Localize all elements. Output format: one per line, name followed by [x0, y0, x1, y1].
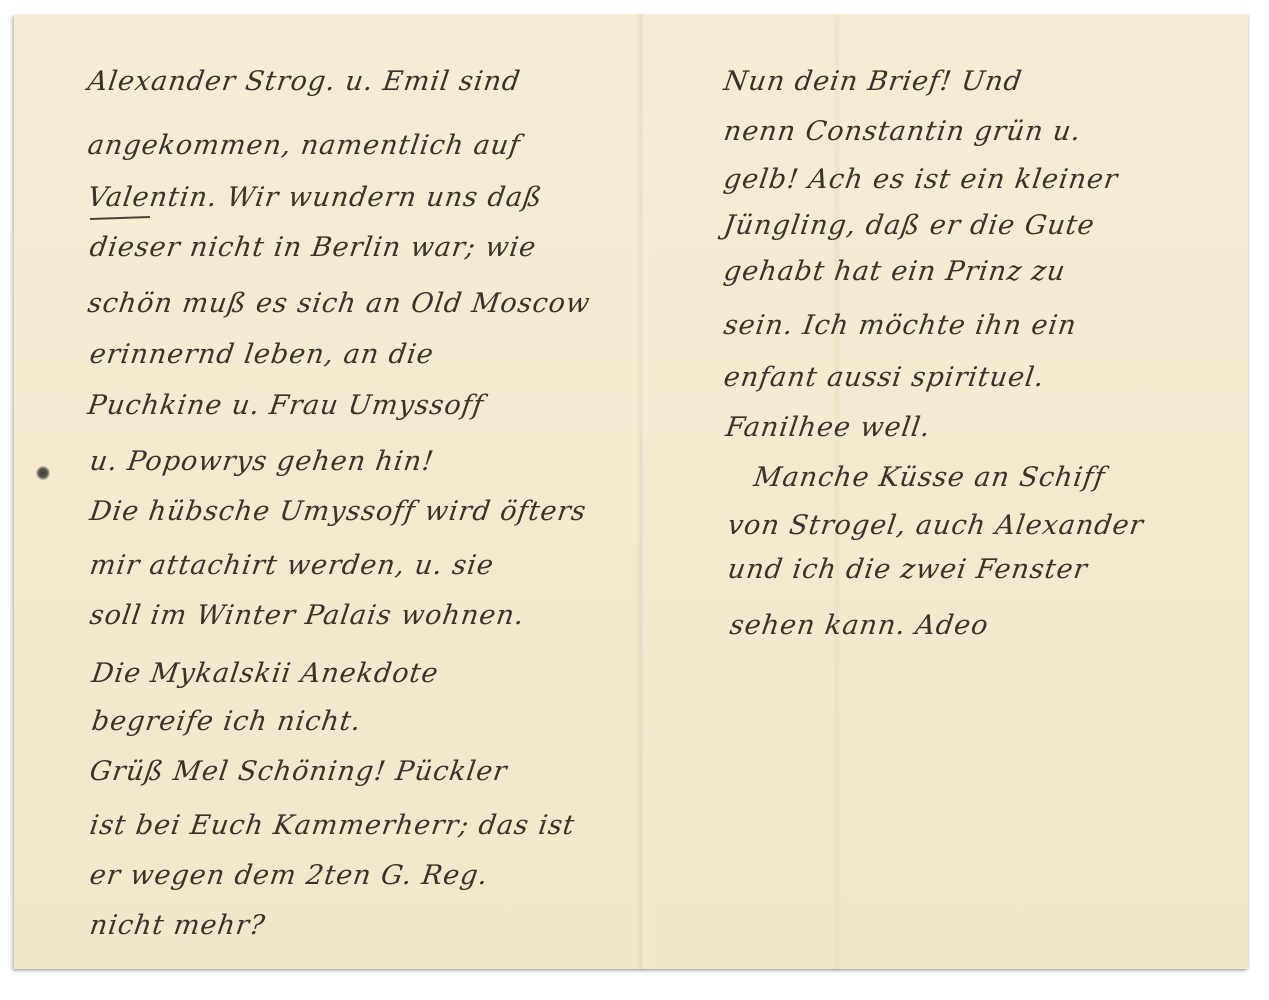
letter-line: er wegen dem 2ten G. Reg. [88, 860, 491, 891]
letter-line: dieser nicht in Berlin war; wie [88, 232, 539, 263]
letter-line: Die Mykalskii Anekdote [90, 658, 441, 689]
letter-line: und ich die zwei Fenster [726, 554, 1090, 585]
letter-line: begreife ich nicht. [90, 706, 364, 737]
letter-line: Nun dein Brief! Und [722, 66, 1024, 97]
letter-line: enfant aussi spirituel. [722, 362, 1047, 393]
ink-blot [36, 466, 50, 480]
letter-line: mir attachirt werden, u. sie [88, 550, 496, 581]
letter-line: soll im Winter Palais wohnen. [88, 600, 527, 631]
letter-line: Jüngling, daß er die Gute [722, 210, 1097, 241]
letter-line: u. Popowrys gehen hin! [88, 446, 436, 477]
letter-sheet: Alexander Strog. u. Emil sind angekommen… [14, 14, 1248, 969]
letter-line: Die hübsche Umyssoff wird öfters [88, 496, 589, 527]
letter-line: sein. Ich möchte ihn ein [722, 310, 1079, 341]
letter-line: Valentin. Wir wundern uns daß [86, 182, 545, 213]
underline-stroke [90, 216, 150, 220]
letter-line: Fanilhee well. [724, 412, 933, 443]
letter-line: ist bei Euch Kammerherr; das ist [88, 810, 577, 841]
letter-line: gelb! Ach es ist ein kleiner [722, 164, 1120, 195]
letter-line: Alexander Strog. u. Emil sind [86, 66, 523, 97]
letter-line: sehen kann. Adeo [728, 610, 991, 641]
letter-line: angekommen, namentlich auf [86, 130, 523, 161]
letter-line: nicht mehr? [88, 910, 268, 941]
letter-line: erinnernd leben, an die [88, 339, 436, 370]
letter-line: Grüß Mel Schöning! Pückler [88, 756, 510, 787]
letter-line: Puchkine u. Frau Umyssoff [86, 390, 486, 421]
letter-line: Manche Küsse an Schiff [752, 462, 1108, 493]
letter-line: schön muß es sich an Old Moscow [86, 288, 593, 319]
letter-line: nenn Constantin grün u. [722, 116, 1084, 147]
letter-line: von Strogel, auch Alexander [726, 510, 1146, 541]
letter-line: gehabt hat ein Prinz zu [722, 256, 1068, 287]
